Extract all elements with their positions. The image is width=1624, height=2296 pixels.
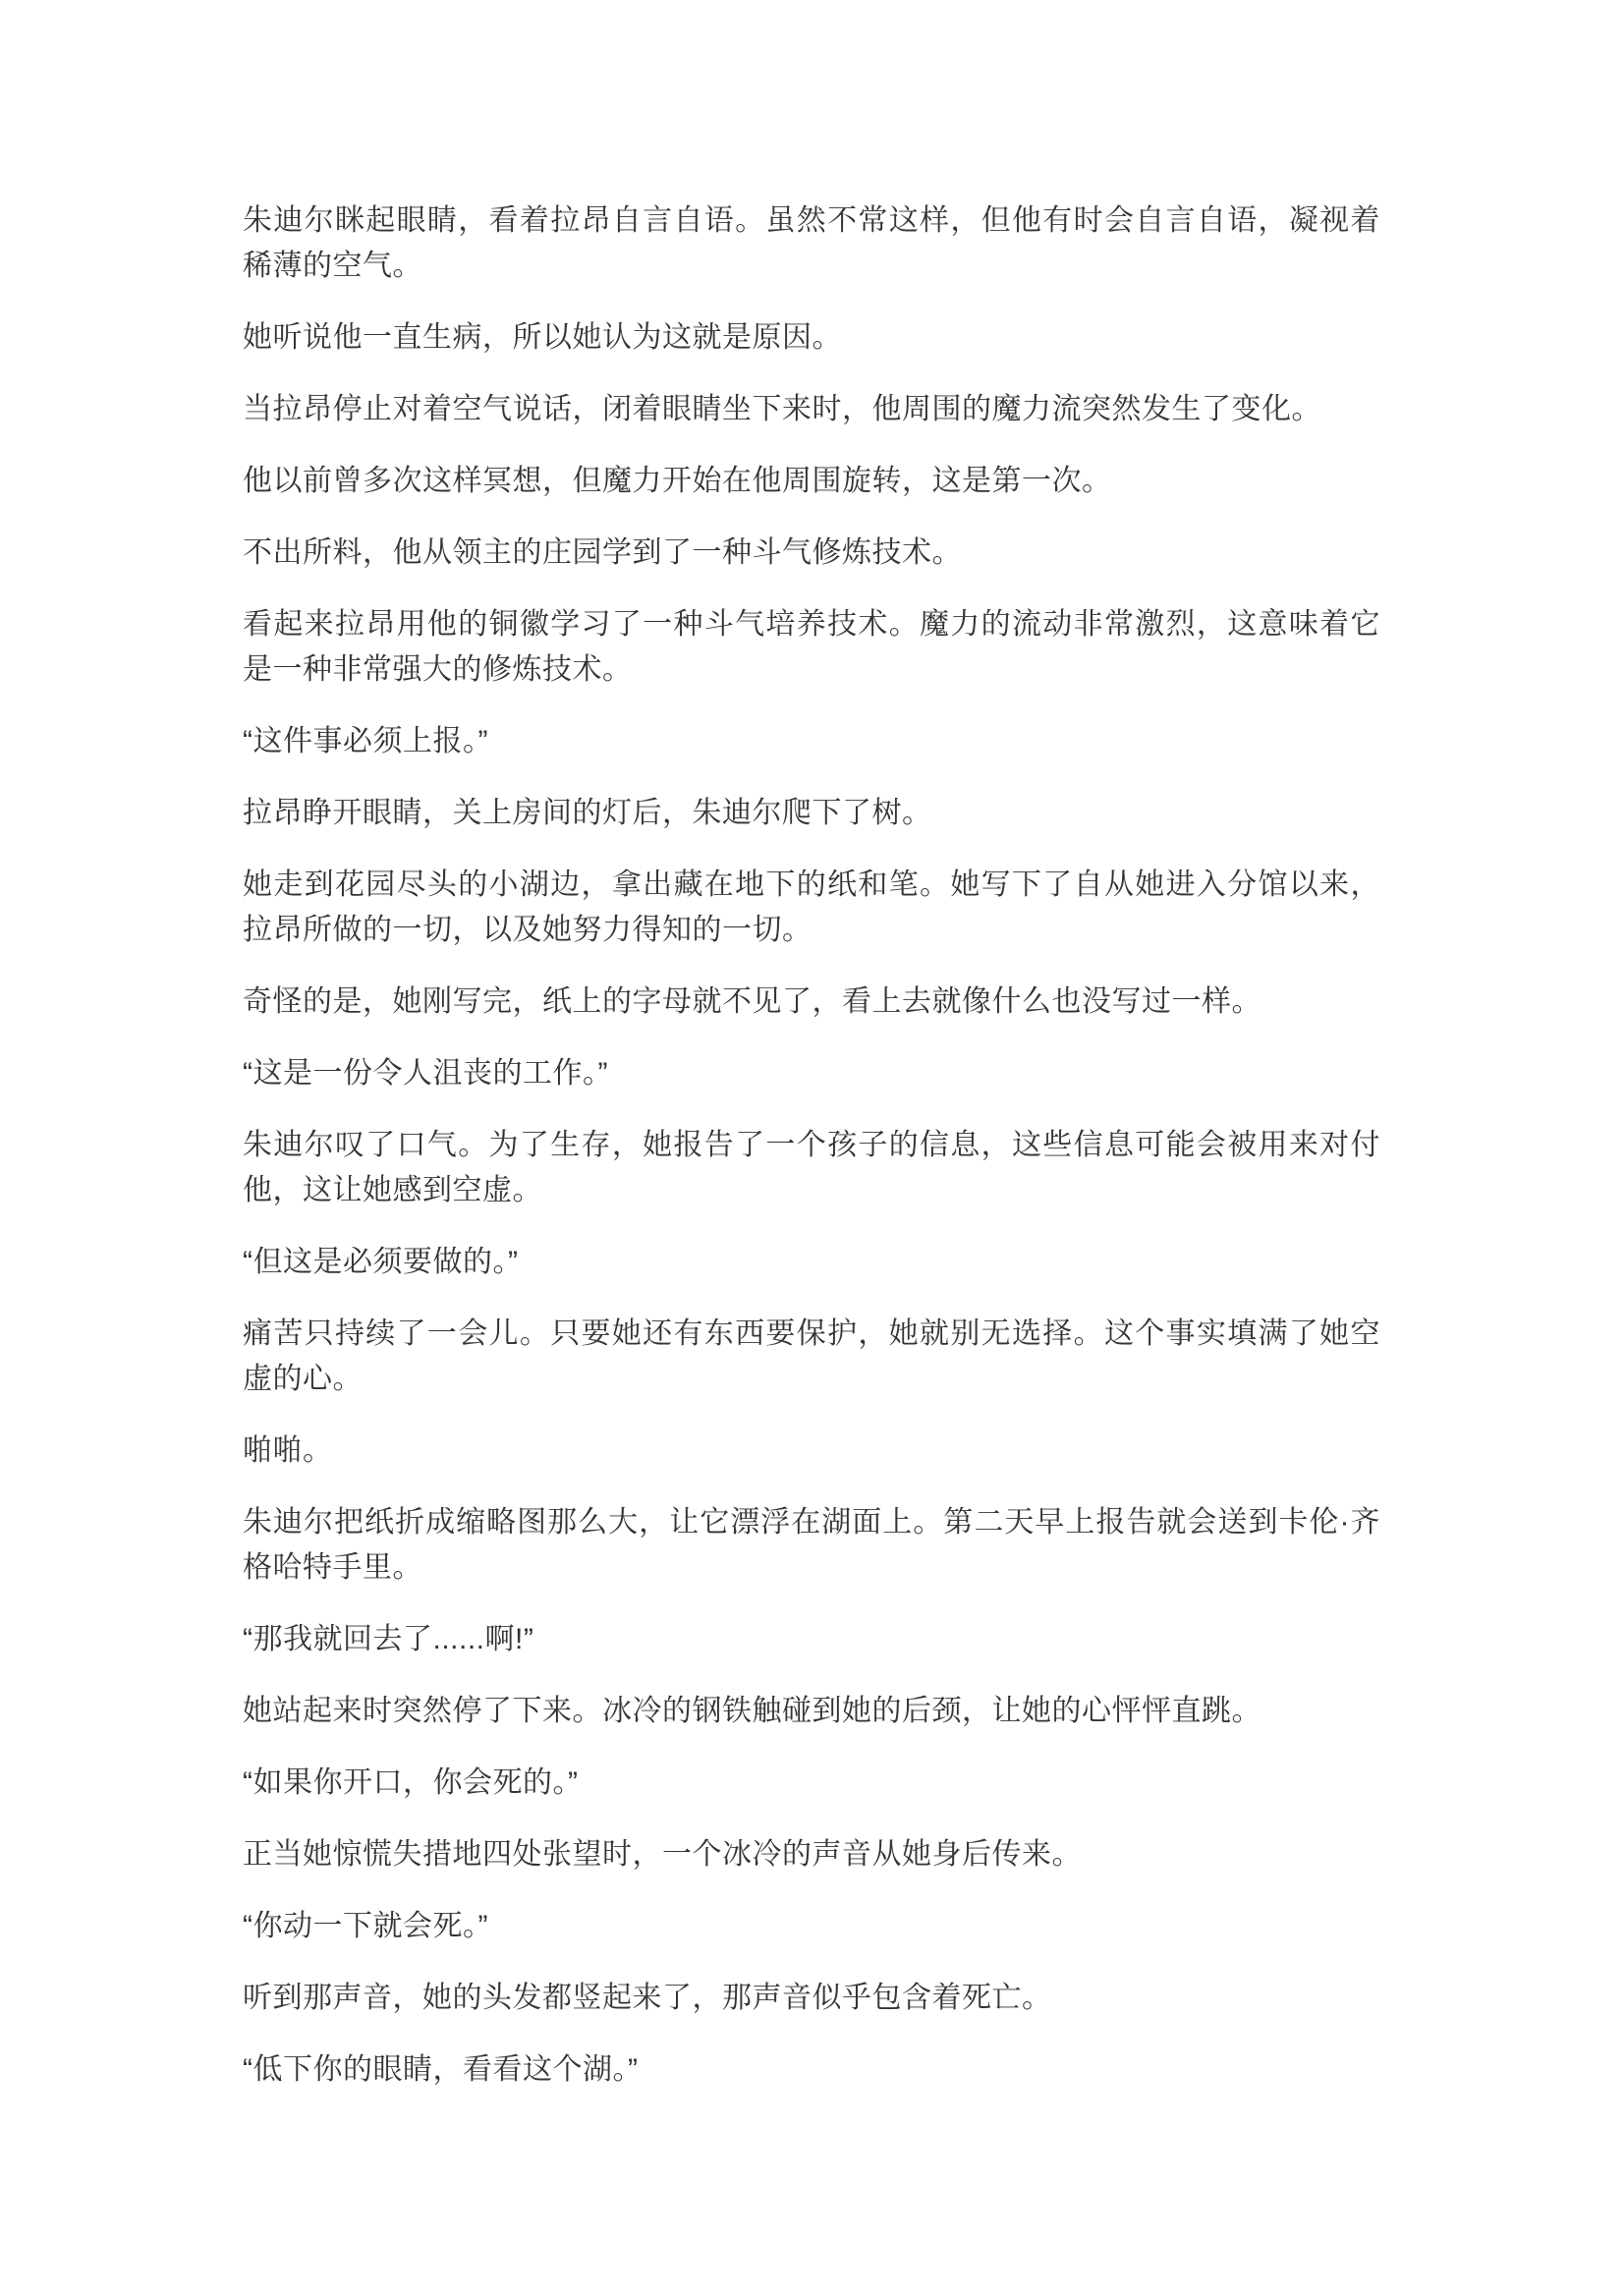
paragraph: 痛苦只持续了一会儿。只要她还有东西要保护，她就别无选择。这个事实填满了她空虚的心…: [243, 1312, 1380, 1402]
paragraph-dialogue: “你动一下就会死。”: [243, 1904, 1380, 1949]
paragraph-dialogue: “低下你的眼睛，看看这个湖。”: [243, 2047, 1380, 2093]
paragraph: 她听说他一直生病，所以她认为这就是原因。: [243, 315, 1380, 361]
paragraph: 朱迪尔叹了口气。为了生存，她报告了一个孩子的信息，这些信息可能会被用来对付他，这…: [243, 1123, 1380, 1213]
paragraph-dialogue: “这件事必须上报。”: [243, 719, 1380, 764]
paragraph: 当拉昂停止对着空气说话，闭着眼睛坐下来时，他周围的魔力流突然发生了变化。: [243, 387, 1380, 432]
document-page: 朱迪尔眯起眼睛，看着拉昂自言自语。虽然不常这样，但他有时会自言自语，凝视着稀薄的…: [0, 0, 1624, 2296]
paragraph: 正当她惊慌失措地四处张望时，一个冰冷的声音从她身后传来。: [243, 1832, 1380, 1877]
paragraph: 不出所料，他从领主的庄园学到了一种斗气修炼技术。: [243, 531, 1380, 576]
paragraph: 她站起来时突然停了下来。冰冷的钢铁触碰到她的后颈，让她的心怦怦直跳。: [243, 1689, 1380, 1734]
paragraph: 看起来拉昂用他的铜徽学习了一种斗气培养技术。魔力的流动非常激烈，这意味着它是一种…: [243, 602, 1380, 693]
paragraph-dialogue: “那我就回去了......啊!”: [243, 1617, 1380, 1662]
paragraph: 她走到花园尽头的小湖边，拿出藏在地下的纸和笔。她写下了自从她进入分馆以来，拉昂所…: [243, 863, 1380, 953]
paragraph-dialogue: “如果你开口，你会死的。”: [243, 1761, 1380, 1806]
paragraph: 拉昂睁开眼睛，关上房间的灯后，朱迪尔爬下了树。: [243, 791, 1380, 836]
paragraph: 朱迪尔眯起眼睛，看着拉昂自言自语。虽然不常这样，但他有时会自言自语，凝视着稀薄的…: [243, 198, 1380, 289]
text-content: 朱迪尔眯起眼睛，看着拉昂自言自语。虽然不常这样，但他有时会自言自语，凝视着稀薄的…: [243, 198, 1380, 2093]
paragraph-dialogue: “但这是必须要做的。”: [243, 1240, 1380, 1285]
paragraph: 奇怪的是，她刚写完，纸上的字母就不见了，看上去就像什么也没写过一样。: [243, 980, 1380, 1025]
paragraph: 他以前曾多次这样冥想，但魔力开始在他周围旋转，这是第一次。: [243, 459, 1380, 504]
paragraph-dialogue: “这是一份令人沮丧的工作。”: [243, 1051, 1380, 1096]
paragraph: 听到那声音，她的头发都竖起来了，那声音似乎包含着死亡。: [243, 1976, 1380, 2021]
paragraph: 朱迪尔把纸折成缩略图那么大，让它漂浮在湖面上。第二天早上报告就会送到卡伦·齐格哈…: [243, 1500, 1380, 1591]
paragraph: 啪啪。: [243, 1428, 1380, 1474]
